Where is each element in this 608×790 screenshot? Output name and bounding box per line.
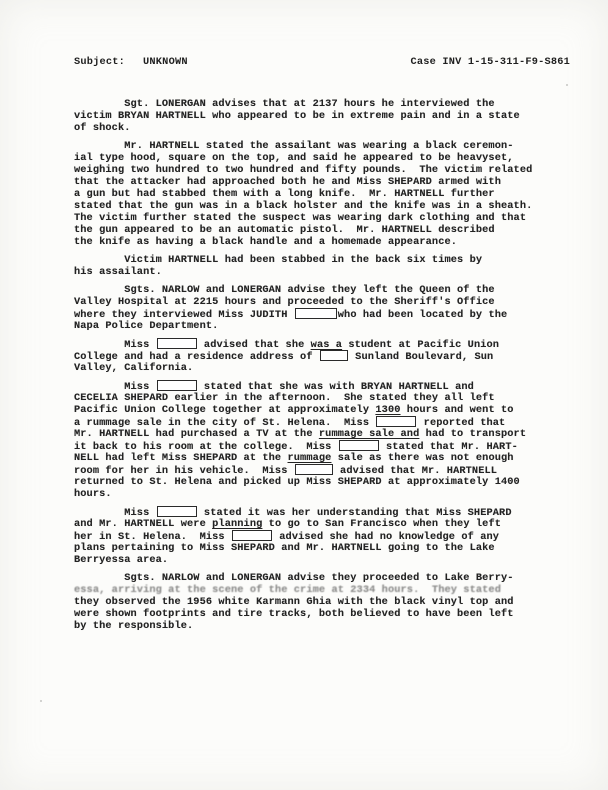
text-line: victim BRYAN HARTNELL who appeared to be… <box>74 110 544 122</box>
text-segment: Sunland Boulevard, Sun <box>349 351 493 363</box>
text-segment: Pacific Union College together at approx… <box>74 404 375 416</box>
text-line: it back to his room at the college. Miss… <box>74 440 544 452</box>
redaction-box <box>295 464 333 475</box>
text-line: plans pertaining to Miss SHEPARD and Mr.… <box>74 542 544 554</box>
paragraph: Mr. HARTNELL stated the assailant was we… <box>74 140 544 248</box>
redaction-box <box>157 506 197 517</box>
text-line: Miss stated it was her understanding tha… <box>74 506 544 518</box>
paragraph: Victim HARTNELL had been stabbed in the … <box>74 254 544 278</box>
redaction-box <box>157 338 197 349</box>
paragraph: Miss advised that she was a student at P… <box>74 338 544 374</box>
subject-line: Subject: UNKNOWN <box>74 56 188 68</box>
text-line: Miss stated that she was with BRYAN HART… <box>74 380 544 392</box>
text-line: weighing two hundred to two hundred and … <box>74 164 544 176</box>
text-line: by the responsible. <box>74 620 544 632</box>
document-body: Sgt. LONERGAN advises that at 2137 hours… <box>74 98 544 638</box>
text-segment: hours and went to <box>401 404 514 416</box>
text-segment: Mr. HARTNELL had purchased a TV at the <box>74 428 319 440</box>
text-line: that the attacker had approached both he… <box>74 176 544 188</box>
text-line: Miss advised that she was a student at P… <box>74 338 544 350</box>
text-segment: Napa Police Department. <box>74 320 218 332</box>
paragraph: Miss stated it was her understanding tha… <box>74 506 544 566</box>
text-segment: that the attacker had approached both he… <box>74 176 501 188</box>
redaction-box <box>157 380 197 391</box>
redaction-box <box>295 308 337 319</box>
text-line: were shown footprints and tire tracks, b… <box>74 608 544 620</box>
paragraph: Sgts. NARLOW and LONERGAN advise they le… <box>74 284 544 332</box>
text-line: Valley, California. <box>74 362 544 374</box>
underlined-text: rummage sale and <box>319 428 419 440</box>
underlined-text: planning <box>212 518 262 530</box>
text-segment: of shock. <box>74 122 131 134</box>
text-segment: Victim HARTNELL had been stabbed in the … <box>74 254 482 266</box>
text-segment: NELL had left Miss SHEPARD at the <box>74 452 288 464</box>
text-segment: essa, arriving at the scene of the crime… <box>74 584 501 596</box>
text-line: a rummage sale in the city of St. Helena… <box>74 416 544 428</box>
text-line: Pacific Union College together at approx… <box>74 404 544 416</box>
text-segment: The victim further stated the suspect wa… <box>74 212 526 224</box>
text-line: CECELIA SHEPARD earlier in the afternoon… <box>74 392 544 404</box>
document-header: Subject: UNKNOWN Case INV 1-15-311-F9-S8… <box>74 56 570 68</box>
text-segment: Berryessa area. <box>74 554 168 566</box>
scanned-document-page: Subject: UNKNOWN Case INV 1-15-311-F9-S8… <box>0 0 608 790</box>
text-segment: a gun but had stabbed them with a long k… <box>74 188 495 200</box>
text-segment: the gun appeared to be an automatic pist… <box>74 224 495 236</box>
redaction-box <box>232 530 272 541</box>
text-segment: were shown footprints and tire tracks, b… <box>74 608 514 620</box>
text-line: Berryessa area. <box>74 554 544 566</box>
text-segment: his assailant. <box>74 266 162 278</box>
text-line: Sgts. NARLOW and LONERGAN advise they le… <box>74 284 544 296</box>
text-line: the knife as having a black handle and a… <box>74 236 544 248</box>
text-line: where they interviewed Miss JUDITH who h… <box>74 308 544 320</box>
text-line: returned to St. Helena and picked up Mis… <box>74 476 544 488</box>
text-segment: who had been located by the <box>338 309 508 321</box>
text-segment: Sgt. LONERGAN advises that at 2137 hours… <box>74 98 495 110</box>
scan-artifact <box>40 700 42 702</box>
paragraph: Miss stated that she was with BRYAN HART… <box>74 380 544 500</box>
text-segment: Sgts. NARLOW and LONERGAN advise they pr… <box>74 572 514 584</box>
case-number: Case INV 1-15-311-F9-S861 <box>411 56 570 68</box>
redaction-box <box>376 416 416 427</box>
text-segment: Valley Hospital at 2215 hours and procee… <box>74 296 495 308</box>
text-line-faded: essa, arriving at the scene of the crime… <box>74 584 544 596</box>
text-line: Victim HARTNELL had been stabbed in the … <box>74 254 544 266</box>
text-line: ial type hood, square on the top, and sa… <box>74 152 544 164</box>
text-line: the gun appeared to be an automatic pist… <box>74 224 544 236</box>
text-line: stated that the gun was in a black holst… <box>74 200 544 212</box>
scan-artifact <box>566 84 568 86</box>
text-segment: CECELIA SHEPARD earlier in the afternoon… <box>74 392 495 404</box>
text-segment: by the responsible. <box>74 620 193 632</box>
text-line: College and had a residence address of S… <box>74 350 544 362</box>
text-segment: and Mr. HARTNELL were <box>74 518 212 530</box>
text-line: room for her in his vehicle. Miss advise… <box>74 464 544 476</box>
paragraph: Sgts. NARLOW and LONERGAN advise they pr… <box>74 572 544 632</box>
paragraph: Sgt. LONERGAN advises that at 2137 hours… <box>74 98 544 134</box>
text-line: her in St. Helena. Miss advised she had … <box>74 530 544 542</box>
text-segment: Sgts. NARLOW and LONERGAN advise they le… <box>74 284 495 296</box>
text-segment: Mr. HARTNELL stated the assailant was we… <box>74 140 514 152</box>
text-segment: the knife as having a black handle and a… <box>74 236 457 248</box>
text-line: they observed the 1956 white Karmann Ghi… <box>74 596 544 608</box>
text-line: of shock. <box>74 122 544 134</box>
redaction-box <box>339 440 379 451</box>
text-segment: victim BRYAN HARTNELL who appeared to be… <box>74 110 520 122</box>
text-line: Valley Hospital at 2215 hours and procee… <box>74 296 544 308</box>
text-segment: returned to St. Helena and picked up Mis… <box>74 476 520 488</box>
text-segment: ial type hood, square on the top, and sa… <box>74 152 514 164</box>
redaction-box <box>320 350 348 361</box>
text-line: Sgts. NARLOW and LONERGAN advise they pr… <box>74 572 544 584</box>
text-segment: sale as there was not enough <box>331 452 513 464</box>
text-line: a gun but had stabbed them with a long k… <box>74 188 544 200</box>
subject-label: Subject: <box>74 56 125 68</box>
text-line: NELL had left Miss SHEPARD at the rummag… <box>74 452 544 464</box>
text-segment: had to transport <box>419 428 526 440</box>
text-line: and Mr. HARTNELL were planning to go to … <box>74 518 544 530</box>
text-segment: stated that the gun was in a black holst… <box>74 200 532 212</box>
text-line: Napa Police Department. <box>74 320 544 332</box>
text-line: Mr. HARTNELL had purchased a TV at the r… <box>74 428 544 440</box>
underlined-text: rummage <box>288 452 332 464</box>
text-line: his assailant. <box>74 266 544 278</box>
text-segment: weighing two hundred to two hundred and … <box>74 164 532 176</box>
text-segment: Valley, California. <box>74 362 193 374</box>
text-segment: plans pertaining to Miss SHEPARD and Mr.… <box>74 542 495 554</box>
text-segment: they observed the 1956 white Karmann Ghi… <box>74 596 514 608</box>
text-line: The victim further stated the suspect wa… <box>74 212 544 224</box>
text-line: Sgt. LONERGAN advises that at 2137 hours… <box>74 98 544 110</box>
subject-value: UNKNOWN <box>143 56 188 68</box>
text-segment: hours. <box>74 488 112 500</box>
underlined-text: 1300 <box>375 404 400 416</box>
text-line: Mr. HARTNELL stated the assailant was we… <box>74 140 544 152</box>
text-line: hours. <box>74 488 544 500</box>
text-segment: to go to San Francisco when they left <box>262 518 501 530</box>
